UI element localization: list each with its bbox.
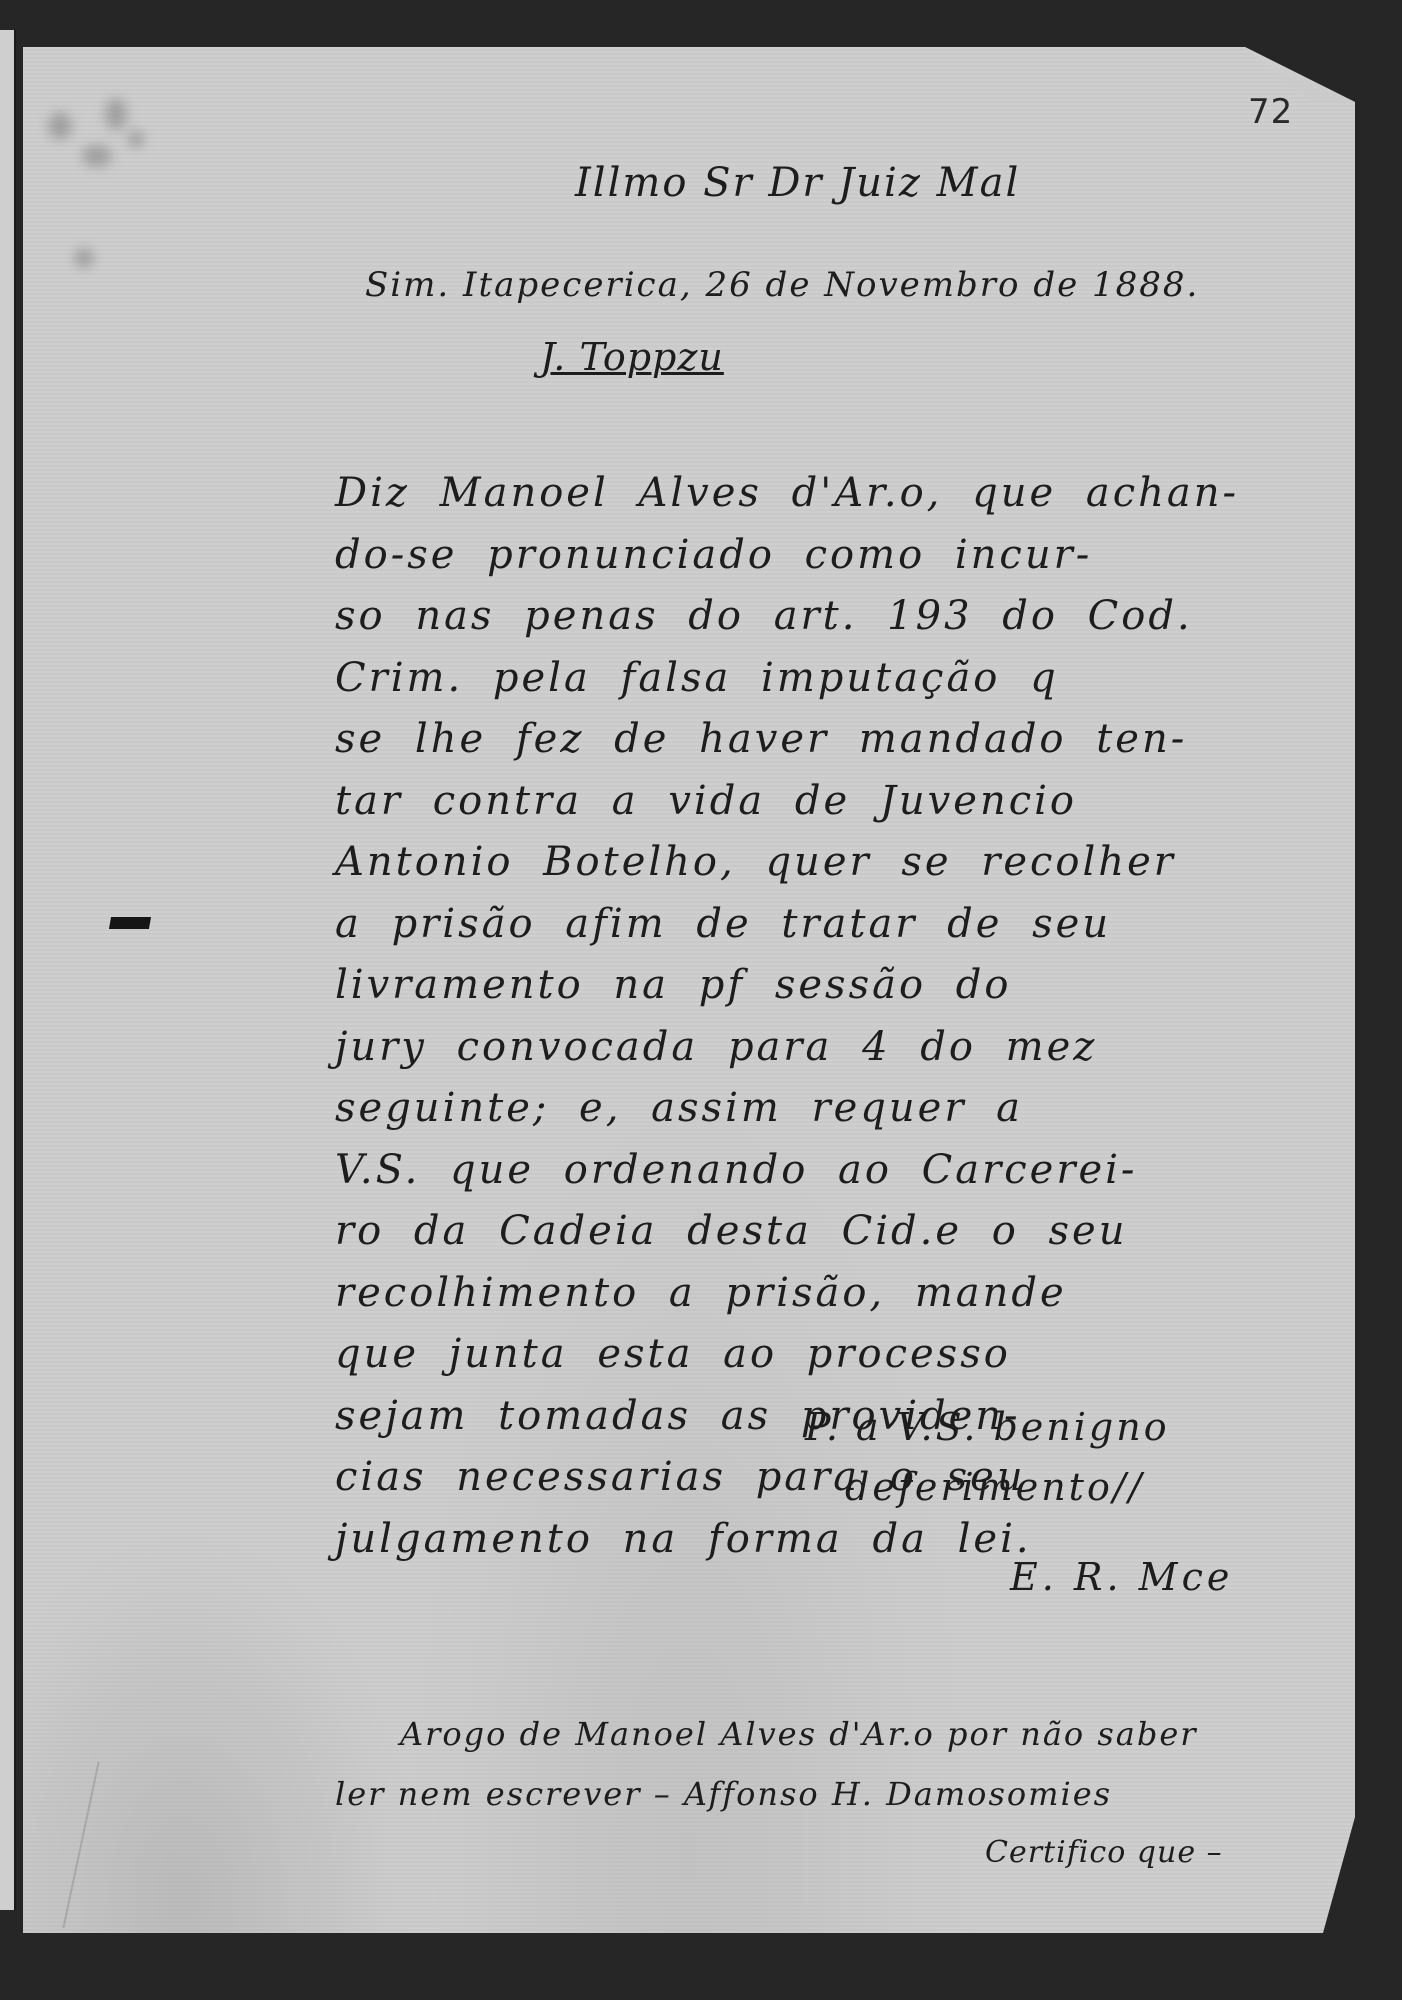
petition-line: se lhe fez de haver mandado ten- (335, 716, 1335, 778)
petition-line: cias necessarias para o seu (335, 1454, 1335, 1516)
petition-line: Diz Manoel Alves d'Ar.o, que achan- (335, 470, 1335, 532)
petition-line: jury convocada para 4 do mez (335, 1024, 1335, 1086)
dispatch-signature: J. Toppzu (540, 335, 724, 379)
petition-line: so nas penas do art. 193 do Cod. (335, 593, 1335, 655)
petition-line: do-se pronunciado como incur- (335, 532, 1335, 594)
salutation-heading: Illmo Sr Dr Juiz Mal (575, 160, 1020, 206)
closing-erm: E. R. Mce (1010, 1555, 1233, 1599)
ink-stain (105, 98, 127, 130)
petition-line: recolhimento a prisão, mande (335, 1270, 1335, 1332)
petition-line: Crim. pela falsa imputação q (335, 655, 1335, 717)
paper-tear-mark (109, 917, 151, 929)
petition-line: a prisão afim de tratar de seu (335, 901, 1335, 963)
ink-stain (128, 130, 144, 148)
attestation-line: Arogo de Manoel Alves d'Ar.o por não sab… (400, 1715, 1198, 1753)
ink-stain (48, 112, 72, 140)
adjacent-page-edge (0, 30, 16, 1910)
dispatch-line: Sim. Itapecerica, 26 de Novembro de 1888… (365, 265, 1199, 305)
petition-line: que junta esta ao processo (335, 1331, 1335, 1393)
petition-line: V.S. que ordenando ao Carcerei- (335, 1147, 1335, 1209)
attestation-line: ler nem escrever – Affonso H. Damosomies (335, 1775, 1112, 1813)
petition-line: ro da Cadeia desta Cid.e o seu (335, 1208, 1335, 1270)
petition-line: livramento na pf sessão do (335, 962, 1335, 1024)
petition-line: Antonio Botelho, quer se recolher (335, 839, 1335, 901)
petition-line: tar contra a vida de Juvencio (335, 778, 1335, 840)
ink-stain (82, 145, 112, 167)
page-number: 72 (1248, 92, 1293, 132)
ink-stain (74, 248, 94, 268)
closing-deferimento: deferimento// (845, 1465, 1144, 1509)
petition-line: seguinte; e, assim requer a (335, 1085, 1335, 1147)
certification-line: Certifico que – (985, 1835, 1223, 1870)
closing-request: P. a V.S. benigno (805, 1405, 1170, 1449)
